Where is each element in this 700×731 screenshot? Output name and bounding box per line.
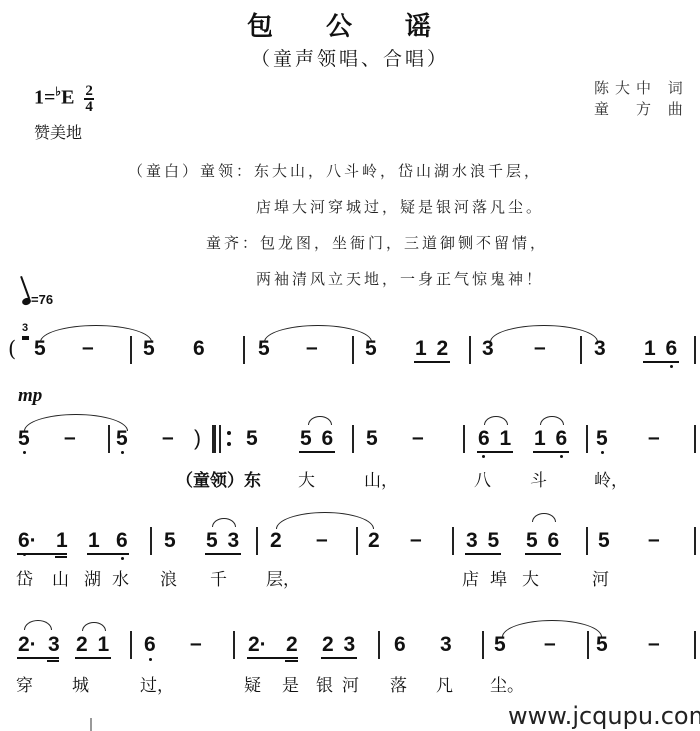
note: 6 (193, 338, 205, 360)
lyric: 大 (522, 565, 539, 590)
note: 5 (116, 428, 128, 450)
tie (24, 414, 128, 431)
lyric: 河 (342, 671, 359, 696)
tie (40, 325, 152, 342)
tempo-marking: =76 (22, 292, 53, 307)
lyricist: 陈大中 词 (594, 78, 689, 99)
lyric: 山 (52, 565, 69, 590)
slur (212, 518, 236, 527)
note: 5 (246, 428, 258, 450)
note: 5 (143, 338, 155, 360)
note: 2 (368, 530, 380, 552)
narration-speaker: 童齐： (206, 234, 260, 252)
time-bottom: 4 (84, 100, 94, 114)
lyric: 穿 (16, 671, 33, 696)
key-signature: 1=♭E 2 4 (34, 84, 94, 114)
note: 6 (144, 634, 156, 656)
composer: 童 方 曲 (594, 99, 689, 120)
note-pair: 5 3 (206, 530, 239, 552)
watermark: www.jcqupu.com (508, 702, 700, 730)
note-pair: 1 2 (415, 338, 448, 360)
note: 5 (365, 338, 377, 360)
slur (484, 416, 508, 425)
note: 2 (270, 530, 282, 552)
time-signature: 2 4 (84, 84, 94, 114)
lyric: 层， (266, 565, 300, 590)
dash: – (82, 336, 94, 360)
repeat-start-icon (212, 425, 216, 453)
lyric: 斗 (530, 466, 547, 491)
credits: 陈大中 词 童 方 曲 (594, 78, 689, 120)
note: 6 (116, 530, 128, 552)
tie (276, 512, 374, 529)
slur (532, 513, 556, 522)
narration-line-2: 店埠大河穿城过，疑是银河落凡尘。 (256, 196, 544, 217)
lyric: 岱 (16, 565, 33, 590)
dash: – (534, 336, 546, 360)
lyric: 城 (72, 671, 89, 696)
dash: – (648, 426, 660, 450)
lyric: 千 (210, 565, 227, 590)
slur (82, 622, 106, 631)
note-pair: 6 1 (478, 428, 511, 450)
expression-marking: 赞美地 (34, 120, 82, 143)
lyric: 浪 (160, 565, 177, 590)
slur (24, 620, 52, 630)
lyric: 疑 (244, 671, 261, 696)
open-paren: ( (8, 338, 16, 360)
lyric: 银 (316, 671, 333, 696)
note: 5 (596, 428, 608, 450)
time-top: 2 (84, 84, 94, 100)
tempo-bpm: =76 (31, 292, 53, 307)
dash: – (316, 528, 328, 552)
lyric: 是 (282, 671, 299, 696)
lyric: 过， (140, 671, 174, 696)
lyric: 河 (592, 565, 609, 590)
note: 5 (598, 530, 610, 552)
dash: – (162, 426, 174, 450)
key-prefix: 1= (34, 87, 55, 109)
dash: – (412, 426, 424, 450)
note: 1 (56, 530, 68, 552)
note: 1 (88, 530, 100, 552)
note: 2· (18, 634, 37, 656)
note: 3 (594, 338, 606, 360)
note-pair: 2 1 (76, 634, 109, 656)
lyric: 山， (364, 466, 398, 491)
narration-line-4: 两袖清风立天地，一身正气惊鬼神！ (256, 268, 544, 289)
note: 5 (164, 530, 176, 552)
note-pair: 1 6 (534, 428, 567, 450)
narration-line-1: （童白）童领：东大山，八斗岭，岱山湖水浪千层， (128, 160, 542, 181)
dash: – (544, 632, 556, 656)
narration-line-3: 童齐：包龙图，坐衙门，三道御铡不留情， (206, 232, 548, 253)
note: 6· (18, 530, 37, 552)
slur (308, 416, 332, 425)
lyric: 大 (298, 466, 315, 491)
lyric: 岭， (594, 466, 628, 491)
key-tonic: E (61, 87, 74, 109)
note-pair: 5 6 (526, 530, 559, 552)
note-pair: 5 6 (300, 428, 333, 450)
note: 6 (394, 634, 406, 656)
lyric: 湖 (84, 565, 101, 590)
note: 5 (366, 428, 378, 450)
lyric: （童领）东 (176, 466, 261, 491)
note-pair: 1 6 (644, 338, 677, 360)
dash: – (64, 426, 76, 450)
note-pair: 3 5 (466, 530, 499, 552)
lyric: 水 (112, 565, 129, 590)
close-paren: ) (194, 428, 201, 450)
narration-speaker: （童白）童领： (128, 162, 254, 180)
note: 2 (286, 634, 298, 656)
dynamics-marking: mp (18, 385, 42, 407)
dash: – (410, 528, 422, 552)
note: 2· (248, 634, 267, 656)
note: 3 (48, 634, 60, 656)
note: 5 (596, 634, 608, 656)
note-pair: 2 3 (322, 634, 355, 656)
lyric: 埠 (490, 565, 507, 590)
lyric: 落 (390, 671, 407, 696)
note: 5 (494, 634, 506, 656)
note: 5 (18, 428, 30, 450)
tie (264, 325, 372, 342)
lyric: 凡 (436, 671, 453, 696)
dash: – (190, 632, 202, 656)
song-title: 包 公 谣 (0, 6, 700, 43)
narration-text: 包龙图，坐衙门，三道御铡不留情， (260, 234, 548, 252)
dash: – (306, 336, 318, 360)
lyric: 店 (462, 565, 479, 590)
lyric: 尘。 (490, 671, 524, 696)
narration-text: 东大山，八斗岭，岱山湖水浪千层， (254, 162, 542, 180)
grace-note: 3 (22, 322, 28, 334)
lyric: 八 (474, 466, 491, 491)
slur (540, 416, 564, 425)
song-subtitle: （童声领唱、合唱） (0, 44, 700, 71)
dash: – (648, 632, 660, 656)
dash: – (648, 528, 660, 552)
note: 3 (440, 634, 452, 656)
